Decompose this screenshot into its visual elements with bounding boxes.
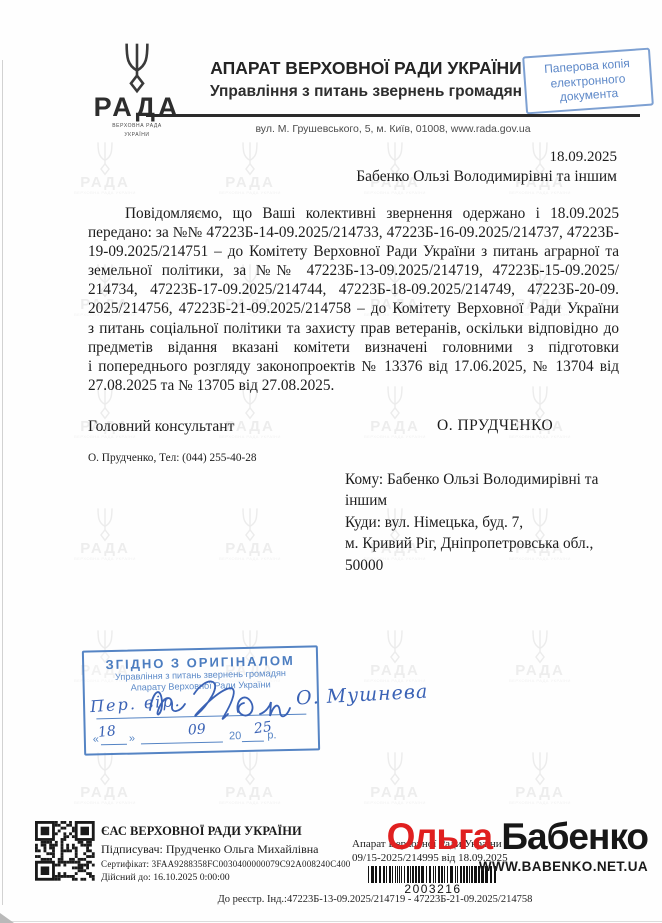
eas-signer-line: Підписувач: Прудченко Ольга Михайлівна [101, 842, 363, 857]
site-watermark-last: Бабенко [492, 816, 648, 857]
letter-date: 18.09.2025 [550, 149, 618, 166]
stamp-signature-line [97, 714, 306, 720]
rada-watermark-icon: РАДАВЕРХОВНА РАДА УКРАЇНИ [218, 750, 282, 805]
body-line: передано: за №№ 47223Б-14-09.2025/214733… [88, 223, 619, 242]
addressee-line: Бабенко Ользі Володимирівні та іншим [356, 168, 617, 186]
body-line: предметів відання вказані комітети визна… [88, 338, 619, 357]
body-line: 19-09.2025/214751 – до Комітету Верховно… [88, 242, 619, 261]
scanned-letter-page: РАДАВЕРХОВНА РАДА УКРАЇНИРАДАВЕРХОВНА РА… [0, 0, 662, 923]
site-watermark-first: Ольга [387, 816, 493, 857]
paper-copy-stamp: Паперова копія електронного документа [522, 48, 654, 114]
recipient-line: Куди: вул. Німецька, буд. 7, [345, 512, 645, 533]
dept-title: Управління з питань звернень громадян [148, 83, 584, 101]
rada-watermark-icon: РАДАВЕРХОВНА РАДА УКРАЇНИ [218, 506, 282, 561]
eas-validity-line: Дійсний до: 16.10.2025 0:00:00 [101, 872, 363, 883]
certified-true-copy-stamp: ЗГІДНО З ОРИГІНАЛОМ Управління з питань … [82, 645, 320, 755]
org-title: АПАРАТ ВЕРХОВНОЇ РАДИ УКРАЇНИ [148, 58, 584, 79]
scan-edge [2, 60, 3, 905]
recipient-line: 50000 [345, 555, 645, 576]
rada-watermark-icon: РАДАВЕРХОВНА РАДА УКРАЇНИ [508, 628, 572, 683]
signer-name: О. ПРУДЧЕНКО [437, 417, 553, 435]
site-watermark-url: WWW.BABENKO.NET.UA [479, 859, 648, 874]
recipient-line: Кому: Бабенко Ользі Володимирівні та [345, 469, 645, 490]
body-line: 27.08.2025 та № 13705 від 27.08.2025. [88, 376, 619, 395]
rada-watermark-icon: РАДАВЕРХОВНА РАДА УКРАЇНИ [73, 140, 137, 195]
rada-watermark-icon: РАДАВЕРХОВНА РАДА УКРАЇНИ [73, 750, 137, 805]
body-line: і попереднього розгляду законопроектів №… [88, 357, 619, 376]
rada-watermark-icon: РАДАВЕРХОВНА РАДА УКРАЇНИ [508, 750, 572, 805]
eas-title: ЄАС ВЕРХОВНОЇ РАДИ УКРАЇНИ [101, 824, 363, 839]
recipient-line: іншим [345, 490, 645, 511]
stamp-year-prefix: 20 [229, 730, 242, 742]
address-line: вул. М. Грушевського, 5, м. Київ, 01008,… [150, 123, 636, 135]
body-line: 214734, 47223Б-17-09.2025/214744, 47223Б… [88, 280, 619, 299]
stamp-year-blank [241, 729, 263, 742]
header-divider [146, 114, 640, 117]
eas-block: ЄАС ВЕРХОВНОЇ РАДИ УКРАЇНИ Підписувач: П… [101, 824, 363, 883]
body-paragraph: Повідомляємо, що Ваші колективні звернен… [88, 204, 619, 395]
body-line: земельної політики, за №№ 47223Б-13-09.2… [88, 261, 619, 280]
stamp-date-row: « » 20 р. [93, 728, 311, 746]
body-line: Повідомляємо, що Ваші колективні звернен… [88, 204, 619, 223]
body-line: 2025/214756, 47223Б-21-09.2025/214758 – … [88, 299, 619, 318]
stamp-month-blank [141, 730, 223, 745]
signer-title: Головний консультант [88, 418, 234, 436]
contact-line: О. Прудченко, Тел: (044) 255-40-28 [88, 452, 257, 464]
recipient-line: м. Кривий Ріг, Дніпропетровська обл., [345, 533, 645, 554]
eas-certificate-line: Сертифікат: 3FAA9288358FC0030400000079C9… [101, 859, 363, 869]
body-line: з питань соціальної політики та захисту … [88, 319, 619, 338]
stamp-day-blank [101, 732, 127, 746]
scan-edge-bottom [0, 921, 662, 922]
quote-close: » [129, 733, 135, 745]
quote-open: « [93, 733, 99, 745]
rada-watermark-icon: РАДАВЕРХОВНА РАДА УКРАЇНИ [218, 140, 282, 195]
rada-watermark-icon: РАДАВЕРХОВНА РАДА УКРАЇНИ [363, 750, 427, 805]
stamp-date-suffix: р. [267, 729, 276, 741]
recipient-block: Кому: Бабенко Ользі Володимирівні таінши… [345, 469, 645, 576]
scan-corner-artifact [0, 913, 14, 923]
rada-watermark-icon: РАДАВЕРХОВНА РАДА УКРАЇНИ [73, 506, 137, 561]
registry-index-line: До реєстр. Інд.:47223Б-13-09.2025/214719… [105, 894, 645, 905]
rada-watermark-icon: РАДАВЕРХОВНА РАДА УКРАЇНИ [363, 628, 427, 683]
site-watermark-name: Ольга Бабенко [387, 816, 648, 858]
qr-code [35, 821, 95, 881]
